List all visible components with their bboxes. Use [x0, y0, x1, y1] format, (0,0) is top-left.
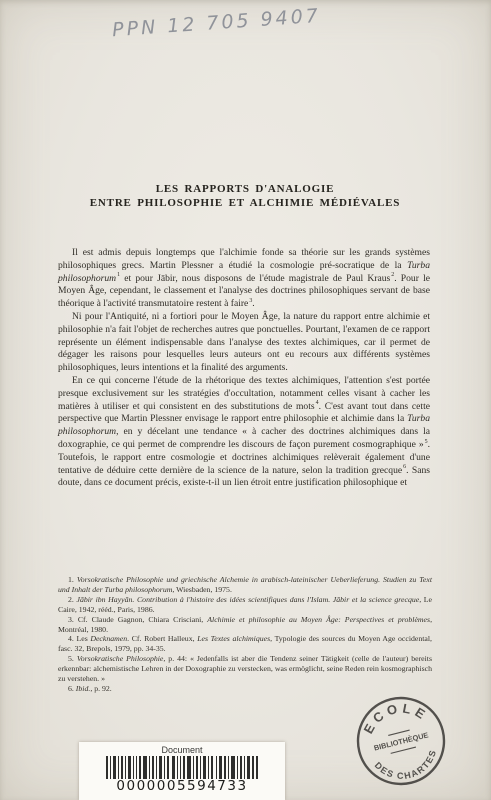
library-stamp-icon: ECOLE BIBLIOTHÈQUE DES CHARTES [344, 684, 458, 798]
article-body: Il est admis depuis longtemps que l'alch… [58, 247, 430, 490]
stamp-text-bottom: DES CHARTES [371, 746, 443, 788]
barcode-number: 0000005594733 [116, 779, 247, 794]
barcode-sticker: Document [79, 742, 285, 800]
footnote-2: 2. Jābir ibn Hayyān. Contribution à l'hi… [58, 595, 432, 615]
footnotes-block: 1. Vorsokratische Philosophie und griech… [58, 575, 432, 694]
handwritten-ppn-note: PPN 12 705 9407 [111, 5, 321, 42]
article-title: LES RAPPORTS D'ANALOGIE ENTRE PHILOSOPHI… [58, 182, 432, 210]
footnote-5: 5. Vorsokratische Philosophie, p. 44: « … [58, 654, 432, 684]
footnote-4: 4. Les Decknamen. Cf. Robert Halleux, Le… [58, 634, 432, 654]
footnote-3: 3. Cf. Claude Gagnon, Chiara Crisciani, … [58, 615, 432, 635]
article-title-line2: ENTRE PHILOSOPHIE ET ALCHIMIE MÉDIÉVALES [58, 196, 432, 210]
paragraph-1: Il est admis depuis longtemps que l'alch… [58, 247, 430, 311]
paragraph-2: Ni pour l'Antiquité, ni a fortiori pour … [58, 311, 430, 375]
scanned-page: PPN 12 705 9407 LES RAPPORTS D'ANALOGIE … [0, 0, 491, 800]
barcode-icon [106, 756, 258, 779]
article-title-line1: LES RAPPORTS D'ANALOGIE [58, 182, 432, 196]
footnote-1: 1. Vorsokratische Philosophie und griech… [58, 575, 432, 595]
paragraph-3: En ce qui concerne l'étude de la rhétori… [58, 375, 430, 490]
footnote-6: 6. Ibid., p. 92. [58, 684, 432, 694]
svg-text:DES CHARTES: DES CHARTES [371, 746, 443, 788]
library-stamp: ECOLE BIBLIOTHÈQUE DES CHARTES [344, 684, 458, 798]
barcode-label: Document [161, 745, 202, 755]
stamp-text-middle: BIBLIOTHÈQUE [373, 730, 429, 752]
